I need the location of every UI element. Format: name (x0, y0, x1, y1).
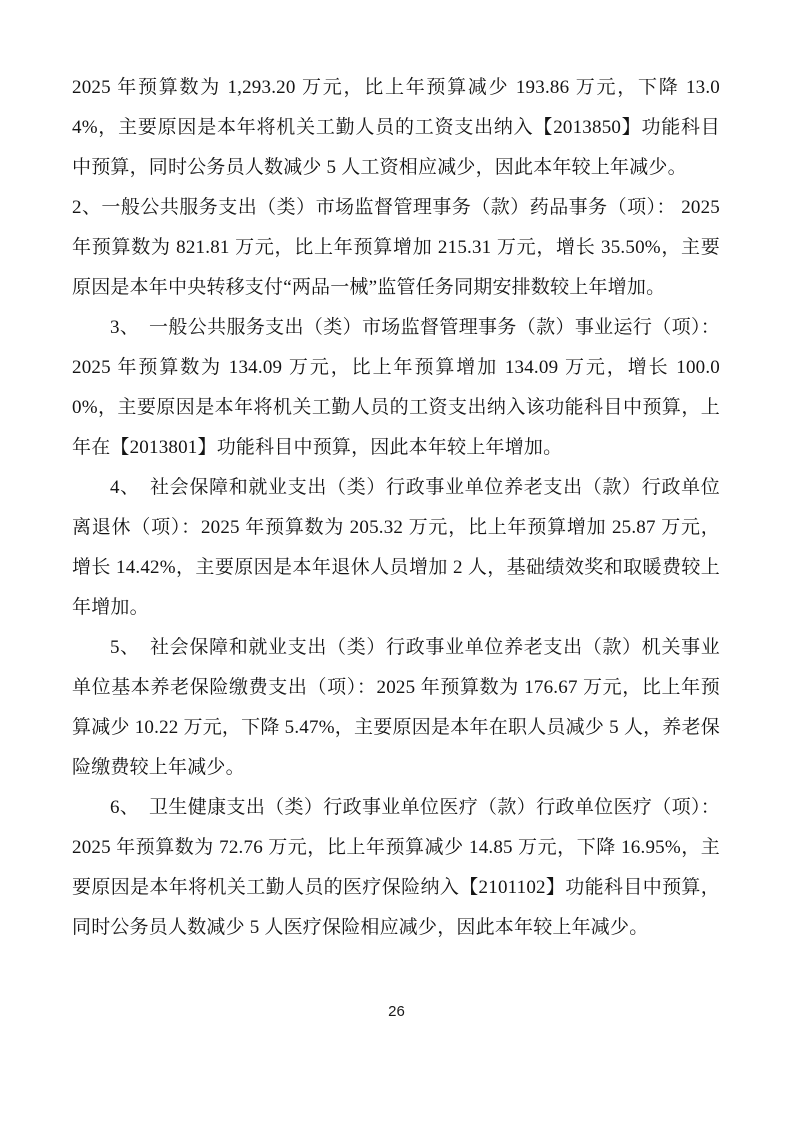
doc-paragraph-item-3: 3、 一般公共服务支出（类）市场监督管理事务（款）事业运行（项）：2025 年预… (72, 308, 720, 468)
doc-paragraph-item-6: 6、 卫生健康支出（类）行政事业单位医疗（款）行政单位医疗（项）：2025 年预… (72, 788, 720, 948)
doc-paragraph-continuation: 2025 年预算数为 1,293.20 万元，比上年预算减少 193.86 万元… (72, 68, 720, 188)
document-page: 2025 年预算数为 1,293.20 万元，比上年预算减少 193.86 万元… (0, 0, 793, 1122)
page-number: 26 (0, 1002, 793, 1022)
doc-paragraph-item-4: 4、 社会保障和就业支出（类）行政事业单位养老支出（款）行政单位离退休（项）：2… (72, 468, 720, 628)
doc-paragraph-item-2: 2、一般公共服务支出（类）市场监督管理事务（款）药品事务（项）： 2025 年预… (72, 188, 720, 308)
document-body: 2025 年预算数为 1,293.20 万元，比上年预算减少 193.86 万元… (72, 68, 720, 948)
doc-paragraph-item-5: 5、 社会保障和就业支出（类）行政事业单位养老支出（款）机关事业单位基本养老保险… (72, 628, 720, 788)
